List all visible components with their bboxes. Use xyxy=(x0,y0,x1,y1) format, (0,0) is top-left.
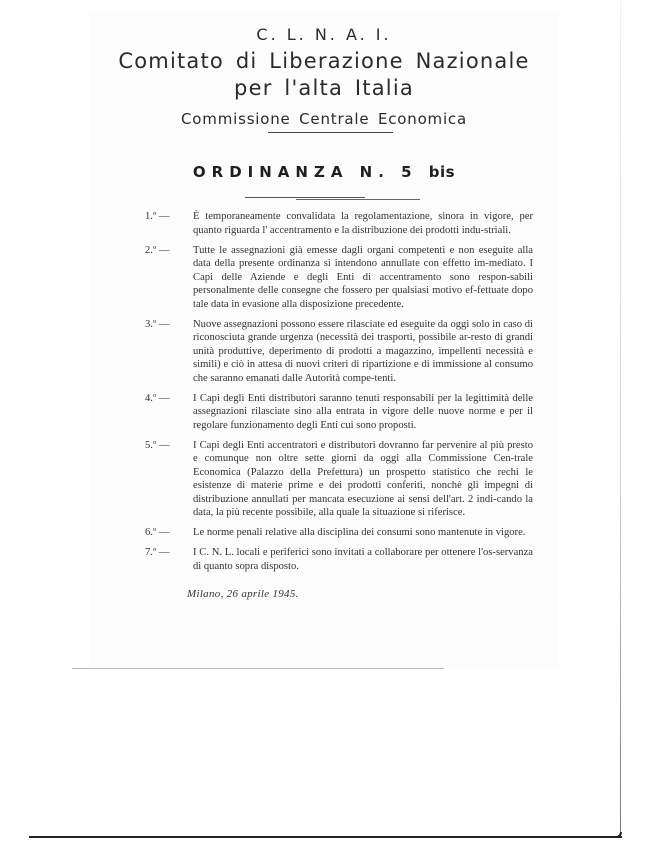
article-text: I Capi degli Enti accentratori e distrib… xyxy=(193,439,533,520)
article-number: 2.º — xyxy=(145,244,169,258)
organization-title-line-2: per l'alta Italia xyxy=(90,76,558,100)
ordinance-articles: 1.º — È temporaneamente convalidata la r… xyxy=(145,210,533,580)
article-4: 4.º — I Capi degli Enti distributori sar… xyxy=(145,392,533,433)
article-text: I C. N. L. locali e periferici sono invi… xyxy=(193,546,533,573)
scanned-sheet: C. L. N. A. I. Comitato di Liberazione N… xyxy=(0,0,658,851)
article-number: 5.º — xyxy=(145,439,169,453)
page-bottom-edge-line xyxy=(72,668,444,669)
article-1: 1.º — È temporaneamente convalidata la r… xyxy=(145,210,533,237)
article-2: 2.º — Tutte le assegnazioni già emesse d… xyxy=(145,244,533,312)
sheet-bottom-edge xyxy=(29,836,622,838)
ordinance-title: ORDINANZA N. 5 bis xyxy=(90,163,558,181)
article-5: 5.º — I Capi degli Enti accentratori e d… xyxy=(145,439,533,520)
article-text: Tutte le assegnazioni già emesse dagli o… xyxy=(193,244,533,312)
commission-subtitle: Commissione Centrale Economica xyxy=(90,110,558,128)
article-text: I Capi degli Enti distributori saranno t… xyxy=(193,392,533,433)
article-number: 6.º — xyxy=(145,526,169,540)
ordinance-title-main: ORDINANZA N. 5 xyxy=(193,163,418,181)
organization-acronym: C. L. N. A. I. xyxy=(90,25,558,44)
header-divider xyxy=(268,132,393,133)
article-number: 4.º — xyxy=(145,392,169,406)
article-number: 7.º — xyxy=(145,546,169,560)
article-text: Le norme penali relative alla disciplina… xyxy=(193,526,533,540)
place-and-date: Milano, 26 aprile 1945. xyxy=(187,588,299,600)
title-divider-upper xyxy=(245,197,365,198)
article-6: 6.º — Le norme penali relative alla disc… xyxy=(145,526,533,540)
article-3: 3.º — Nuove assegnazioni possono essere … xyxy=(145,318,533,386)
organization-title-line-1: Comitato di Liberazione Nazionale xyxy=(90,49,558,73)
article-number: 3.º — xyxy=(145,318,169,332)
ordinance-title-suffix: bis xyxy=(429,163,455,181)
article-number: 1.º — xyxy=(145,210,169,224)
article-7: 7.º — I C. N. L. locali e periferici son… xyxy=(145,546,533,573)
sheet-right-edge xyxy=(620,0,621,838)
article-text: Nuove assegnazioni possono essere rilasc… xyxy=(193,318,533,386)
article-text: È temporaneamente convalidata la regolam… xyxy=(193,210,533,237)
title-divider-lower xyxy=(296,199,420,200)
